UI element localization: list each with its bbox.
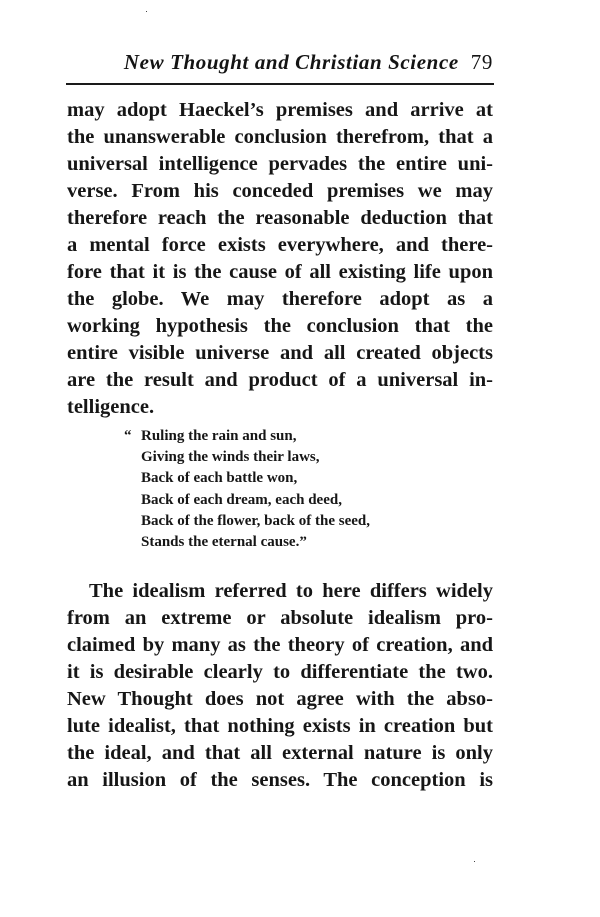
- verse-line: Stands the eternal cause.”: [124, 532, 370, 553]
- running-head: New Thought and Christian Science 79: [67, 50, 493, 80]
- text-line: The idealism referred to here differs wi…: [67, 578, 493, 605]
- paragraph-2: The idealism referred to here differs wi…: [67, 578, 493, 794]
- text-line: universal intelligence pervades the enti…: [67, 151, 493, 178]
- text-line: the globe. We may therefore adopt as a: [67, 286, 493, 313]
- text-line: telligence.: [67, 394, 493, 421]
- verse-line: Back of each dream, each deed,: [124, 490, 370, 511]
- paragraph-1: may adopt Haeckel’s premises and arrive …: [67, 97, 493, 421]
- open-quote: “: [124, 426, 141, 447]
- text-line: working hypothesis the conclusion that t…: [67, 313, 493, 340]
- verse-quotation: “Ruling the rain and sun, Giving the win…: [124, 426, 370, 553]
- text-line: the unanswerable conclusion therefrom, t…: [67, 124, 493, 151]
- scan-speck: [146, 11, 147, 12]
- text-line: an illusion of the senses. The conceptio…: [67, 767, 493, 794]
- text-line: New Thought does not agree with the abso…: [67, 686, 493, 713]
- text-line: therefore reach the reasonable deduction…: [67, 205, 493, 232]
- text-line: a mental force exists everywhere, and th…: [67, 232, 493, 259]
- text-line: verse. From his conceded premises we may: [67, 178, 493, 205]
- running-head-title: New Thought and Christian Science: [124, 50, 459, 75]
- text-line: may adopt Haeckel’s premises and arrive …: [67, 97, 493, 124]
- text-line: the ideal, and that all external nature …: [67, 740, 493, 767]
- verse-line: Back of the flower, back of the seed,: [124, 511, 370, 532]
- text-line: are the result and product of a universa…: [67, 367, 493, 394]
- book-page: New Thought and Christian Science 79 may…: [0, 0, 600, 917]
- verse-line: Back of each battle won,: [124, 468, 370, 489]
- text-line: lute idealist, that nothing exists in cr…: [67, 713, 493, 740]
- text-line: it is desirable clearly to differentiate…: [67, 659, 493, 686]
- text-line: from an extreme or absolute idealism pro…: [67, 605, 493, 632]
- verse-line: Giving the winds their laws,: [124, 447, 370, 468]
- header-rule: [66, 83, 494, 85]
- text-line: fore that it is the cause of all existin…: [67, 259, 493, 286]
- scan-speck: [474, 861, 475, 862]
- page-number: 79: [471, 50, 493, 75]
- text-line: entire visible universe and all created …: [67, 340, 493, 367]
- verse-line: “Ruling the rain and sun,: [124, 426, 370, 447]
- text-line: claimed by many as the theory of creatio…: [67, 632, 493, 659]
